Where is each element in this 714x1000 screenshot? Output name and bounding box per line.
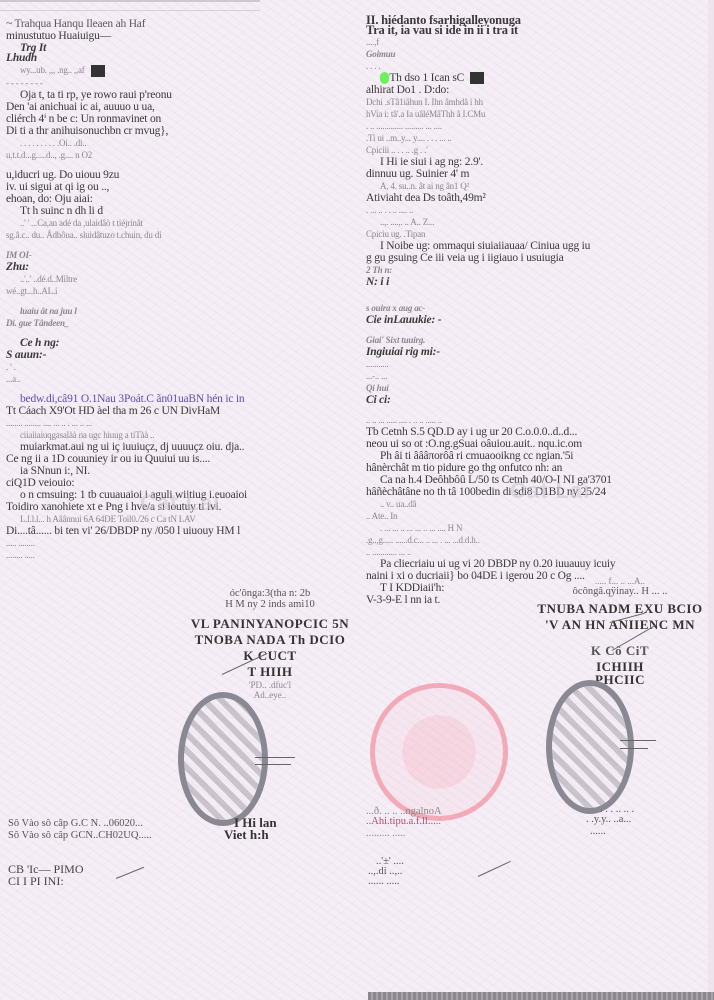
left-note-line: ia SNnun i:, NI. — [6, 465, 351, 477]
top-rule — [0, 0, 260, 2]
right-section-sub: Ci ci: — [366, 394, 706, 406]
right-body-line: 2 Th n: — [366, 264, 706, 276]
right-section-heading: s ouira x aug ac- — [366, 302, 706, 314]
left-signer-name: Viet h:h — [224, 828, 269, 841]
left-signature-block: óc'ônga:3(tha n: 2b H M ny 2 inds ami10 … — [150, 588, 390, 700]
redaction-mark — [91, 65, 105, 77]
section4-sub: . ' . — [6, 361, 351, 373]
signature-stroke — [255, 764, 291, 765]
left-body-line: Den 'ai anichuai ic ai, auuuo u ua, — [6, 101, 351, 113]
left-note-line: muiarkmat.aui ng ui iç iuuiuçz, dj uuuuç… — [6, 441, 351, 453]
registry-number: Sô Vào sô câp GCN..CH02UQ..... — [8, 830, 152, 841]
right-section-sub: ...-.. ... — [366, 370, 706, 382]
left-column: ~ Trahqua Hanqu Ileaen ah Haf minustutuo… — [6, 18, 351, 561]
left-sign-small: 'PD.. .dfuc'l — [150, 680, 390, 690]
left-body-line: Oja t, ta ti rp, ye rowo raui p'reonu — [6, 89, 351, 101]
right-note-line: Ph âi ti âââπorôâ ri cmuaooikng cc ngian… — [366, 450, 706, 462]
section4-sub: ...a.. — [6, 373, 351, 385]
left-note-line: bedw.di,câ91 O.1Nau 3Poát.C ãn01uaBN hén… — [6, 393, 351, 405]
right-body-line: Th dso 1 Ican sC — [366, 72, 706, 84]
red-stamp-caption: ......... ..... — [366, 828, 405, 839]
left-note-line: Tt Cáach X9'Ot HD àel tha m 26 c UN DivH… — [6, 405, 351, 417]
right-note-line: .. .. ... ..... .... . .. .. ..... .. — [366, 414, 706, 426]
right-body-line: A, 4. su..n. ât ai ng ân1 Q² — [366, 180, 706, 192]
right-body-line: Cpiciii .. . . .. .g . .' — [366, 144, 706, 156]
left-sign-date: H M ny 2 inds ami10 — [150, 599, 390, 610]
right-note-line: .. Ate.. In — [366, 510, 706, 522]
signature-stroke — [620, 748, 648, 749]
redaction-mark — [470, 72, 484, 84]
official-seal-right — [546, 680, 634, 814]
right-signer-line: ...... — [590, 826, 606, 837]
left-body-line: u,t.t.d...g.....d.., .g.... n O2 — [6, 149, 351, 161]
right-section-heading: Cie inLauukie: - — [366, 314, 706, 326]
left-body-line: sg.â.c.. du.. Ådhôua.. sluidâtuzo t.chui… — [6, 229, 351, 241]
signature-stroke — [255, 757, 295, 758]
right-body-text: Th dso 1 Ican sC — [389, 72, 464, 84]
section4-label: S auun:- — [6, 349, 351, 361]
left-note-line: Di....tâ...... bi ten vi' 26/DBDP ny /05… — [6, 525, 351, 537]
left-body-line: ehoan, do: Oju aiai: — [6, 193, 351, 205]
right-body-line: Ativiaht dea Ds toâth,49m² — [366, 192, 706, 204]
left-note-line: ciiaiiaiuqgasalàà na ugc hiuug a tiTàà .… — [6, 429, 351, 441]
right-note-line: Pa cliecriaiu ui ug vi 20 DBDP ny 0.20 i… — [366, 558, 706, 570]
right-sign-date: ..... f... .. ...A.. — [520, 576, 714, 586]
section3-label: Di. gue Tândeen_ — [6, 317, 351, 329]
right-body-line: I Noibe ug: ommaqui siuiaiiauaa/ Ciniua … — [366, 240, 706, 252]
left-heading: Lhudh — [6, 52, 351, 64]
right-title: K Cô CiT — [520, 643, 714, 659]
right-note-line: .. ............ ... .. — [366, 546, 706, 558]
right-title: PHCIIC — [520, 672, 714, 688]
left-authority: TNOBA NADA Th DCIO — [150, 632, 390, 648]
bottom-stamp-text: CI I PI INI: — [8, 874, 64, 889]
section2-label: Zhu: — [6, 261, 351, 273]
right-column: II. hiédanto fsarhigalleyonuga Tra it, i… — [366, 14, 706, 606]
right-section-heading: Ingiuiai rig mi:- — [366, 346, 706, 358]
left-note-line: ciQ1D veiouio: — [6, 477, 351, 489]
section2-sub: ..'..' ..dé.d..Miltre — [6, 273, 351, 285]
section2-sub: wé..gt...h..AL.i — [6, 285, 351, 297]
right-section-heading: Giai' Sixt tuuirg. — [366, 334, 706, 346]
left-header-line: minustutuo Huaiuigu— — [6, 30, 351, 42]
left-body-line: Tt h suinc n dh li d — [6, 205, 351, 217]
section4-label: Ce h ng: — [6, 337, 351, 349]
right-small-line: Goimuu — [366, 48, 706, 60]
signature-stroke — [620, 740, 656, 741]
right-signer-line: . .y.y.. ..a... — [586, 814, 631, 825]
right-small-line: ....,f — [366, 36, 706, 48]
right-body-line: dinnuu ug. Suinier 4' m — [366, 168, 706, 180]
left-note-line: ........ ........ .... ... .. . ... .. .… — [6, 417, 351, 429]
right-sign-date: ôcôngâ.qÿinay.. H ... .. — [520, 586, 714, 597]
green-highlight-mark — [380, 72, 389, 84]
red-stamp-caption: ..Ahi.tipu.a.f.ll..... — [366, 816, 441, 827]
left-note-line: Ce ng ii a 1D couuniey ir ou iu Quuiui u… — [6, 453, 351, 465]
left-title: T HIIH — [150, 664, 390, 680]
official-seal-left — [178, 692, 268, 826]
section3-label: luaiu ât na juu l — [6, 305, 351, 317]
right-authority: TNUBA NADM EXU BCIO — [520, 601, 714, 617]
registry-number: Sô Vào sô câp G.C N. ..06020... — [8, 818, 143, 829]
watermark-right: Cat Lai — [510, 478, 590, 504]
left-body-line: u,iducri ug. Do uiouu 9zu — [6, 169, 351, 181]
left-header-line: ~ Trahqua Hanqu Ileaen ah Haf — [6, 18, 351, 30]
right-body-line: Cpiciu ug. .Tipan — [366, 228, 706, 240]
right-body-line: . .. ............. ......... ... .... — [366, 120, 706, 132]
left-body-line: iv. ui sigui at qi ig ou .., — [6, 181, 351, 193]
right-note-line: neou ui so ot :O.ng.gSuai oâuiou.auit.. … — [366, 438, 706, 450]
scan-edge-bar — [368, 992, 714, 1000]
left-body-line: cliérch 4ⁱ n be c: Un ronmavinet on — [6, 113, 351, 125]
left-sign-date: óc'ônga:3(tha n: 2b — [150, 588, 390, 599]
right-body-line: hVia i: tâ'.a Ia uâléMâThh â I.CMu — [366, 108, 706, 120]
signature-stroke — [478, 861, 511, 877]
left-body-line: . . . . . . . . . .Oi.. .di.. — [6, 137, 351, 149]
left-sign-small: Ad..eye.. — [150, 690, 390, 700]
left-body-line: ..' ' ...Ca,an adé da ,ulaidâò t tiéjrin… — [6, 217, 351, 229]
left-intro-line: wy...ub. ,,, .ng.. ,,af — [6, 64, 351, 77]
right-body-line: g gu gsuing Ce iii veia ug i iigiauo i u… — [366, 252, 706, 264]
watermark-left: Cat Lai — [140, 490, 220, 516]
left-intro-text: wy...ub. ,,, .ng.. ,,af — [20, 65, 85, 75]
left-body-line: Di ti a thr anihuisonuchbn cr mvug}, — [6, 125, 351, 137]
right-note-line: Tb Cetnh S.5 QD.D ay i ug ur 20 C.o.0.0.… — [366, 426, 706, 438]
right-body-line: ..,. ....,. .. A.. Z... — [366, 216, 706, 228]
left-divider-dots: - - - - - - - - — [6, 77, 351, 89]
right-note-line: hânèrchât m tio pidure go thg onfutco nh… — [366, 462, 706, 474]
right-signature-block: ..... f... .. ...A.. ôcôngâ.qÿinay.. H .… — [520, 576, 714, 688]
right-body-line: alhirat Do1 . D:do: — [366, 84, 706, 96]
left-authority: VL PANINYANOPCIC 5N — [150, 616, 390, 632]
right-body-line: .Ti ui ..m..y... y.... . . . ... .. — [366, 132, 706, 144]
right-section-sub: Qi hui — [366, 382, 706, 394]
official-seal-red — [370, 683, 508, 821]
right-note-line: .g..,g..... ......d.c... .. ... . ... ..… — [366, 534, 706, 546]
left-note-line: ........ ..... — [6, 549, 351, 561]
right-small-line: . . . . — [366, 60, 706, 72]
right-body-line: I Hi ie siui i ag ng: 2.9'. — [366, 156, 706, 168]
top-rule-secondary — [0, 10, 260, 11]
right-title: Tra it, ia vau si ide in ii i tra it — [366, 24, 706, 36]
right-section-sub: ........... — [366, 358, 706, 370]
right-body-line: Dchi .sTâ1iâhun I. Ihn âmhdâ i hh — [366, 96, 706, 108]
right-note-line: . ... ... .. ... ... .. ... .... H N — [366, 522, 706, 534]
signature-stroke — [116, 867, 144, 879]
left-note-line: ..... ........ — [6, 537, 351, 549]
right-body-line: N: i i — [366, 276, 706, 288]
right-bottom-stamp: ...... ..... — [368, 876, 400, 887]
page-edge — [708, 0, 714, 1000]
right-body-line: . ... .. . . .. .... .. — [366, 204, 706, 216]
left-title: K CUCT — [150, 648, 390, 664]
section2-label: IM OI- — [6, 249, 351, 261]
